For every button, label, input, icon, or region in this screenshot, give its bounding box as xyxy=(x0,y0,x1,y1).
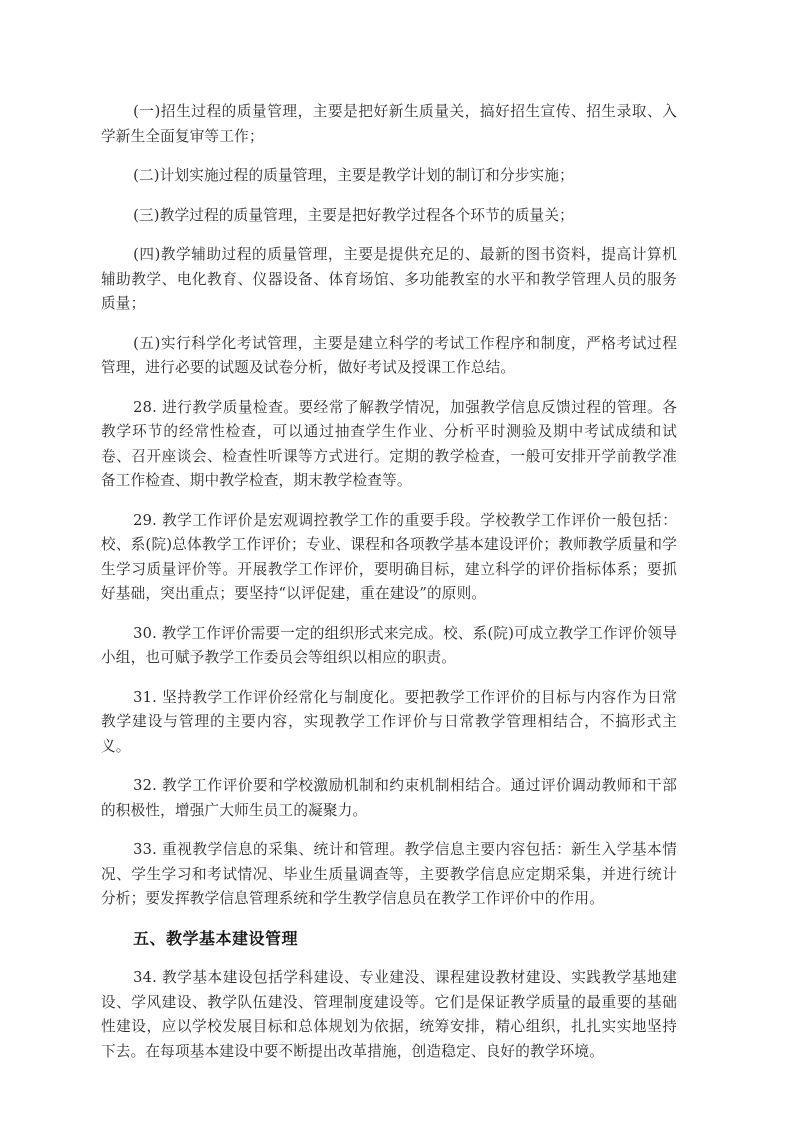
paragraph-item-3: (三)教学过程的质量管理，主要是把好教学过程各个环节的质量关； xyxy=(101,204,677,229)
paragraph-item-31: 31. 坚持教学工作评价经常化与制度化。要把教学工作评价的目标与内容作为日常教学… xyxy=(101,686,677,760)
paragraph-item-2: (二)计划实施过程的质量管理，主要是教学计划的制订和分步实施； xyxy=(101,164,677,189)
section-heading: 五、教学基本建设管理 xyxy=(101,927,677,952)
paragraph-item-30: 30. 教学工作评价需要一定的组织形式来完成。校、系(院)可成立教学工作评价领导… xyxy=(101,622,677,671)
document-page: (一)招生过程的质量管理，主要是把好新生质量关，搞好招生宣传、招生录取、入学新生… xyxy=(0,0,793,1122)
paragraph-item-5: (五)实行科学化考试管理，主要是建立科学的考试工作程序和制度，严格考试过程管理，… xyxy=(101,332,677,381)
paragraph-item-33: 33. 重视教学信息的采集、统计和管理。教学信息主要内容包括：新生入学基本情况、… xyxy=(101,838,677,912)
paragraph-item-34: 34. 教学基本建设包括学科建设、专业建没、课程建设教材建设、实践教学基地建设、… xyxy=(101,966,677,1064)
paragraph-item-1: (一)招生过程的质量管理，主要是把好新生质量关，搞好招生宣传、招生录取、入学新生… xyxy=(101,100,677,149)
document-content: (一)招生过程的质量管理，主要是把好新生质量关，搞好招生宣传、招生录取、入学新生… xyxy=(101,100,677,1079)
paragraph-item-32: 32. 教学工作评价要和学校激励机制和约束机制相结合。通过评价调动教师和干部的积… xyxy=(101,774,677,823)
paragraph-item-29: 29. 教学工作评价是宏观调控教学工作的重要手段。学校教学工作评价一般包括：校、… xyxy=(101,509,677,607)
paragraph-item-4: (四)教学辅助过程的质量管理，主要是提供充足的、最新的图书资料，提高计算机辅助教… xyxy=(101,243,677,317)
paragraph-item-28: 28. 进行教学质量检查。要经常了解教学情况，加强教学信息反馈过程的管理。各教学… xyxy=(101,396,677,494)
